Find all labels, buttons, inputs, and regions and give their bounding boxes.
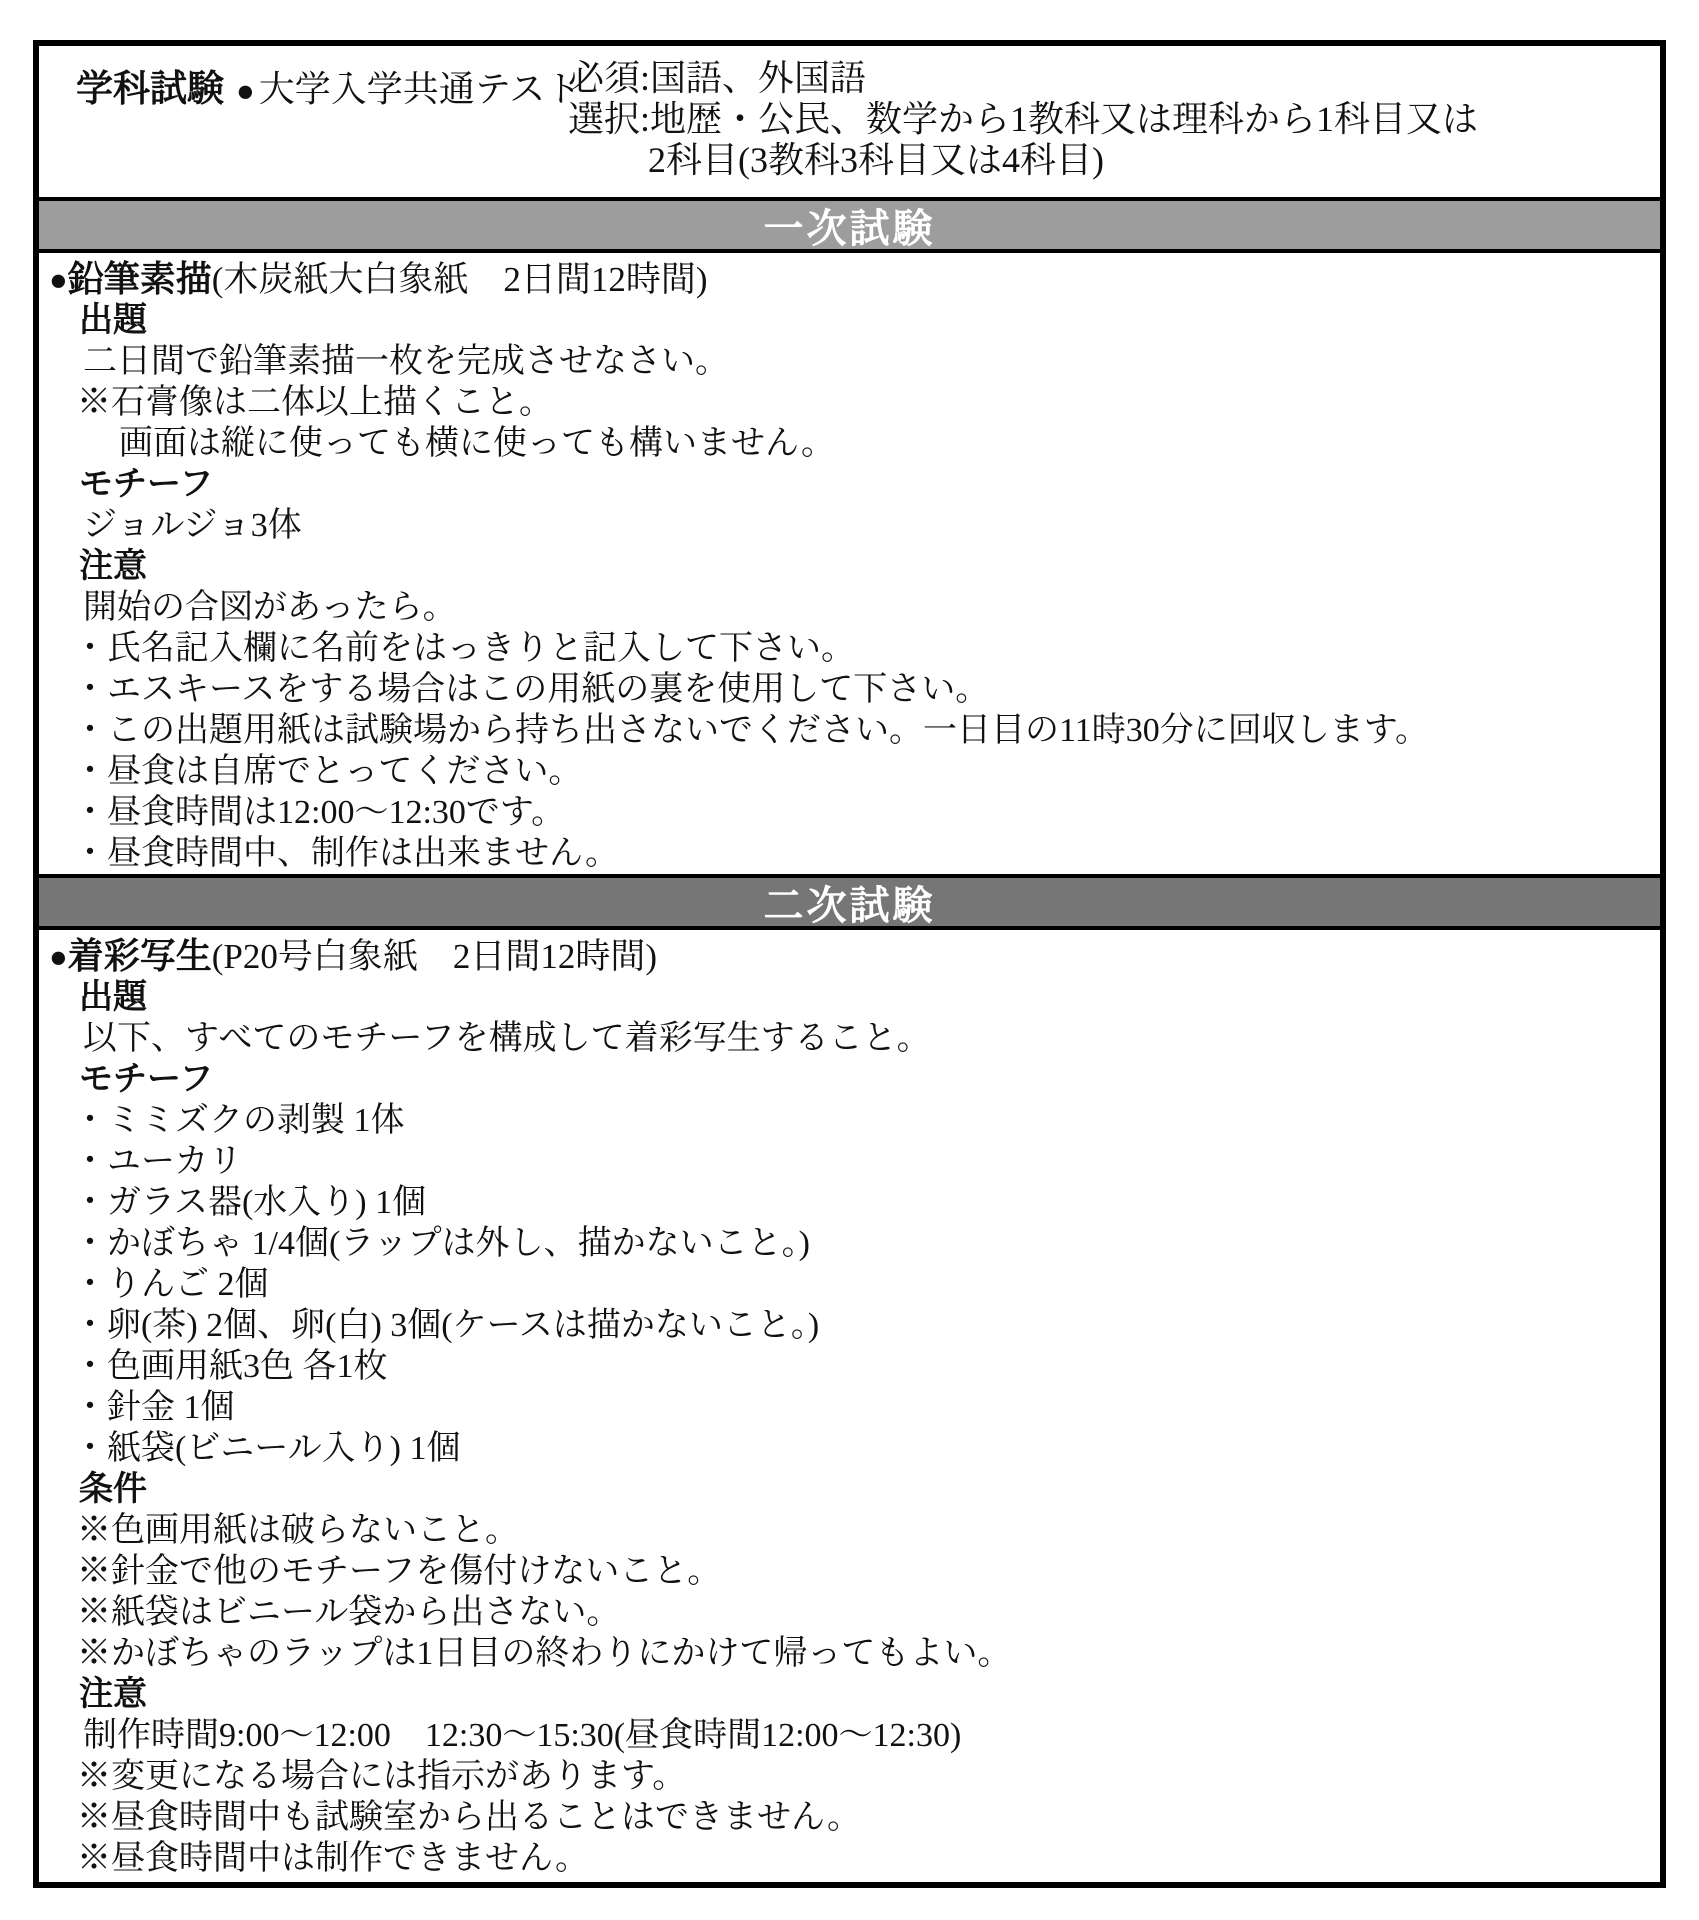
bullet-dot-icon: ● (49, 262, 68, 297)
text-line: 二日間で鉛筆素描一枚を完成させなさい。 (83, 341, 1646, 382)
section-lines: 出題以下、すべてのモチーフを構成して着彩写生すること。モチーフ・ミミズクの剥製 … (49, 977, 1646, 1879)
text-line: 条件 (79, 1469, 1646, 1510)
section-second-exam: 二次試験 ●着彩写生(P20号白象紙 2日間12時間) 出題以下、すべてのモチー… (39, 874, 1660, 1879)
exam-sheet-frame: 学科試験●大学入学共通テスト 必須:国語、外国語 選択:地歴・公民、数学から1教… (33, 40, 1666, 1888)
text-line: ※石膏像は二体以上描くこと。 (77, 382, 1646, 423)
text-line: ※かぼちゃのラップは1日目の終わりにかけて帰ってもよい。 (77, 1633, 1646, 1674)
text-line: 画面は縦に使っても横に使っても構いません。 (119, 423, 1646, 464)
text-line: ・針金 1個 (73, 1387, 1646, 1428)
document-page: { "glyphs": { "section_dot": "●" }, "top… (0, 0, 1699, 1920)
academic-test-header: 学科試験●大学入学共通テスト 必須:国語、外国語 選択:地歴・公民、数学から1教… (39, 46, 1660, 197)
section-band-title: 一次試験 (764, 197, 936, 254)
text-line: 出題 (79, 977, 1646, 1018)
text-line: ※昼食時間中は制作できません。 (77, 1838, 1646, 1879)
section-band: 一次試験 (39, 197, 1660, 253)
text-line: ・昼食は自席でとってください。 (73, 751, 1646, 792)
section-heading-detail: (P20号白象紙 2日間12時間) (212, 937, 657, 976)
section-band: 二次試験 (39, 874, 1660, 930)
bullet-dot-icon: ● (236, 73, 255, 108)
required-subjects-block: 必須:国語、外国語 選択:地歴・公民、数学から1教科又は理科から1科目又は 2科… (568, 58, 1660, 197)
elective-subjects-line-2: 2科目(3教科3科目又は4科目) (568, 140, 1660, 181)
text-line: ・昼食時間中、制作は出来ません。 (73, 833, 1646, 874)
text-line: ※変更になる場合には指示があります。 (77, 1756, 1646, 1797)
text-line: ・昼食時間は12:00〜12:30です。 (73, 792, 1646, 833)
text-line: 制作時間9:00〜12:00 12:30〜15:30(昼食時間12:00〜12:… (83, 1715, 1646, 1756)
text-line: モチーフ (79, 464, 1646, 505)
text-line: 出題 (79, 300, 1646, 341)
section-body: ●鉛筆素描(木炭紙大白象紙 2日間12時間) 出題二日間で鉛筆素描一枚を完成させ… (39, 253, 1660, 874)
text-line: ジョルジョ3体 (83, 505, 1646, 546)
section-body: ●着彩写生(P20号白象紙 2日間12時間) 出題以下、すべてのモチーフを構成し… (39, 930, 1660, 1879)
text-line: ※昼食時間中も試験室から出ることはできません。 (77, 1797, 1646, 1838)
text-line: ・氏名記入欄に名前をはっきりと記入して下さい。 (73, 628, 1646, 669)
section-band-title: 二次試験 (764, 874, 936, 931)
section-heading-title: 着彩写生 (68, 935, 212, 976)
required-subjects-line: 必須:国語、外国語 (568, 58, 1660, 99)
text-line: 注意 (79, 1674, 1646, 1715)
elective-subjects-line-1: 選択:地歴・公民、数学から1教科又は理科から1科目又は (568, 99, 1660, 140)
text-line: 以下、すべてのモチーフを構成して着彩写生すること。 (83, 1018, 1646, 1059)
text-line: ・紙袋(ビニール入り) 1個 (73, 1428, 1646, 1469)
text-line: モチーフ (79, 1059, 1646, 1100)
section-heading-detail: (木炭紙大白象紙 2日間12時間) (212, 260, 708, 299)
section-lines: 出題二日間で鉛筆素描一枚を完成させなさい。※石膏像は二体以上描くこと。画面は縦に… (49, 300, 1646, 874)
text-line: ・ミミズクの剥製 1体 (73, 1100, 1646, 1141)
section-first-exam: 一次試験 ●鉛筆素描(木炭紙大白象紙 2日間12時間) 出題二日間で鉛筆素描一枚… (39, 197, 1660, 874)
text-line: ・この出題用紙は試験場から持ち出さないでください。一日目の11時30分に回収しま… (73, 710, 1646, 751)
text-line: ・エスキースをする場合はこの用紙の裏を使用して下さい。 (73, 669, 1646, 710)
bullet-dot-icon: ● (49, 939, 68, 974)
text-line: 開始の合図があったら。 (83, 587, 1646, 628)
text-line: ・色画用紙3色 各1枚 (73, 1346, 1646, 1387)
text-line: ・かぼちゃ 1/4個(ラップは外し、描かないこと。) (73, 1223, 1646, 1264)
text-line: ・ガラス器(水入り) 1個 (73, 1182, 1646, 1223)
text-line: ※色画用紙は破らないこと。 (77, 1510, 1646, 1551)
section-heading: ●鉛筆素描(木炭紙大白象紙 2日間12時間) (49, 258, 1646, 300)
text-line: ・りんご 2個 (73, 1264, 1646, 1305)
subject-exam-label: 学科試験 (76, 68, 224, 109)
section-heading-title: 鉛筆素描 (68, 258, 212, 299)
text-line: ※針金で他のモチーフを傷付けないこと。 (77, 1551, 1646, 1592)
text-line: 注意 (79, 546, 1646, 587)
text-line: ・卵(茶) 2個、卵(白) 3個(ケースは描かないこと。) (73, 1305, 1646, 1346)
subject-exam-name: 大学入学共通テスト (259, 69, 582, 109)
text-line: ※紙袋はビニール袋から出さない。 (77, 1592, 1646, 1633)
section-heading: ●着彩写生(P20号白象紙 2日間12時間) (49, 935, 1646, 977)
text-line: ・ユーカリ (73, 1141, 1646, 1182)
academic-test-title: 学科試験●大学入学共通テスト (39, 58, 568, 197)
